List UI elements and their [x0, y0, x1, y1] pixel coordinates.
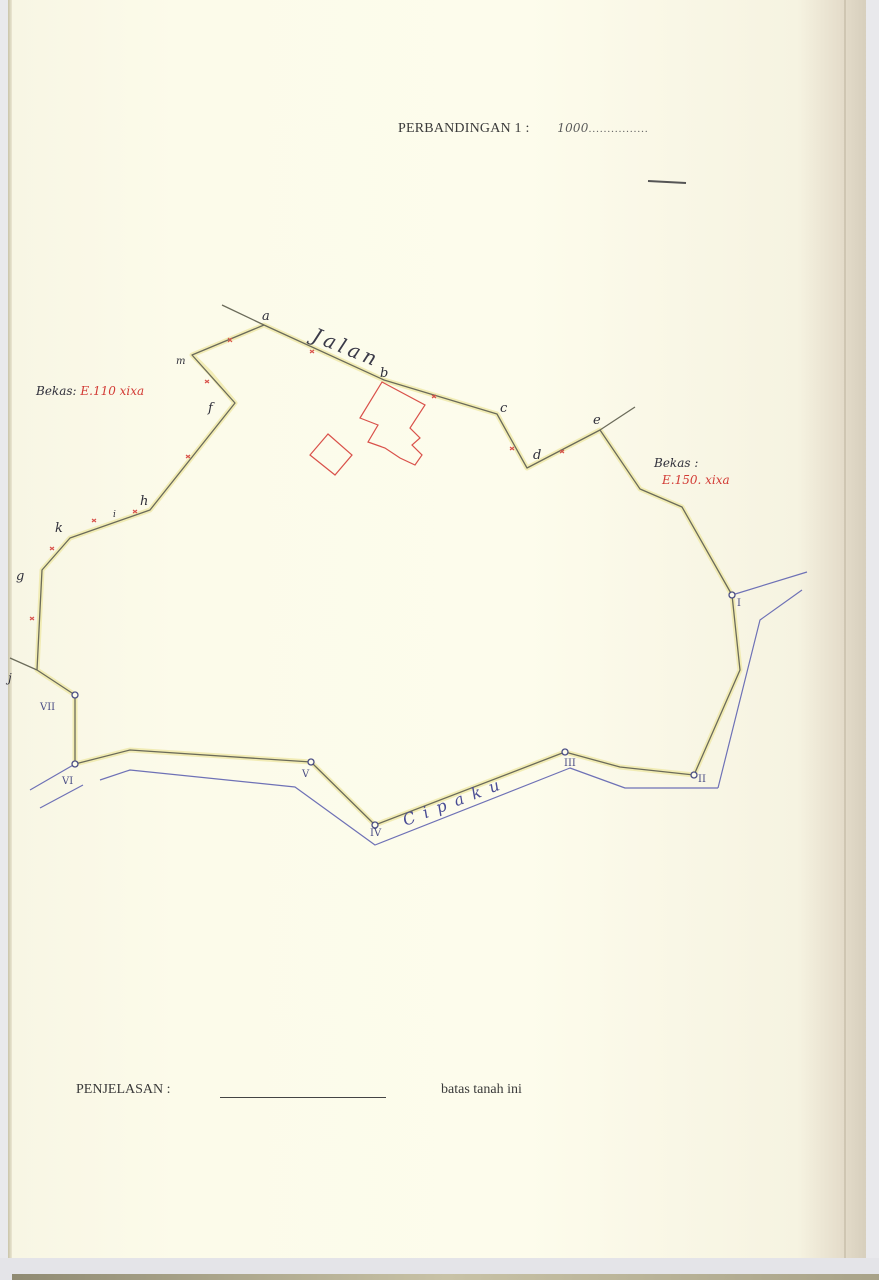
svg-text:a: a [262, 309, 270, 324]
buildings [310, 382, 425, 475]
svg-text:i: i [113, 510, 116, 520]
neighbor-prefix: Bekas: [36, 384, 77, 398]
svg-text:c: c [500, 401, 508, 416]
svg-text:d: d [533, 448, 541, 463]
neighbor-value: E.150. xixa [654, 472, 730, 489]
neighbor-value: E.110 xixa [80, 384, 144, 398]
svg-text:f: f [207, 401, 215, 416]
legend-description: batas tanah ini [441, 1082, 522, 1098]
svg-text:h: h [140, 494, 148, 509]
svg-text:I: I [737, 598, 741, 609]
svg-text:j: j [5, 671, 12, 685]
svg-text:V: V [301, 769, 310, 780]
legend-label: PENJELASAN : [76, 1082, 171, 1098]
svg-text:m: m [176, 356, 185, 367]
neighbor-annotation-east: Bekas : E.150. xixa [654, 455, 730, 489]
boundary-highlight [37, 325, 740, 825]
boundary-ticks [30, 338, 564, 620]
parcel-boundary [10, 305, 740, 825]
survey-points [72, 592, 735, 828]
svg-text:III: III [564, 758, 576, 769]
svg-text:g: g [16, 569, 24, 584]
legend-boundary-line-sample [220, 1097, 386, 1098]
svg-text:IV: IV [370, 828, 382, 839]
neighbor-prefix: Bekas : [654, 455, 730, 472]
point-letter-labels: a b c d e f g h i j k m [5, 309, 601, 685]
svg-text:k: k [55, 521, 63, 536]
svg-text:VI: VI [61, 776, 73, 787]
point-roman-labels: I II III IV V VI VII [39, 598, 741, 839]
next-page-edge [12, 1274, 879, 1280]
svg-text:VII: VII [39, 702, 55, 713]
neighbor-annotation-west: Bekas: E.110 xixa [36, 384, 144, 398]
svg-text:II: II [698, 774, 706, 785]
svg-text:b: b [380, 366, 388, 381]
svg-text:e: e [593, 413, 601, 428]
